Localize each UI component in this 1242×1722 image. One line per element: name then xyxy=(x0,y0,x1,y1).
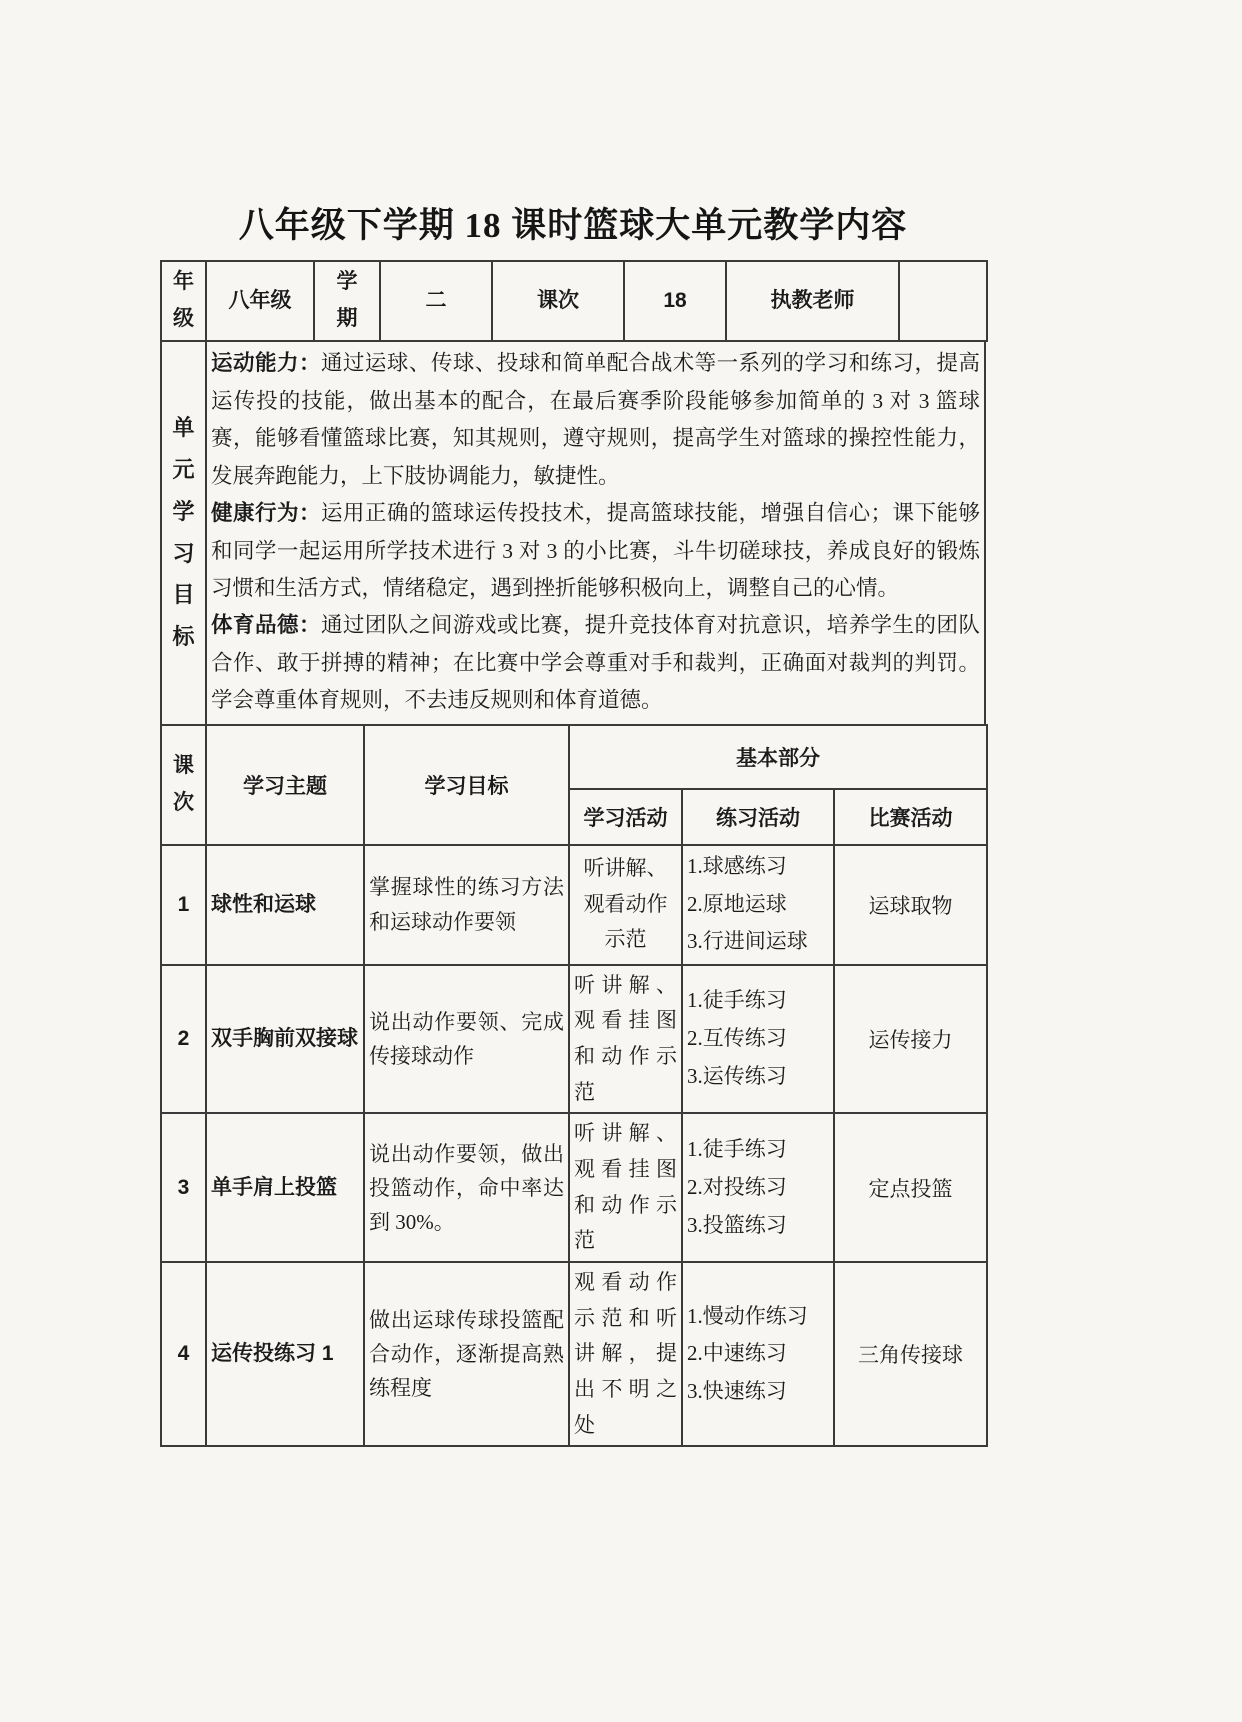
teacher-value xyxy=(899,261,987,341)
row1-practice-item-1: 1.球感练习 xyxy=(687,848,829,886)
unit-goals-side-label: 单元学习目标 xyxy=(171,407,195,658)
lesson-count-label: 课次 xyxy=(492,261,624,341)
goal-text-health-behavior: 运用正确的篮球运传投技术，提高篮球技能，增强自信心；课下能够和同学一起运用所学技… xyxy=(211,501,980,600)
row1-learn: 听讲解、观看动作示范 xyxy=(569,845,682,965)
schedule-table: 课次 学习主题 学习目标 基本部分 学习活动 练习活动 比赛活动 1 球性和运球… xyxy=(160,724,988,1448)
grade-label-text: 年级 xyxy=(172,264,195,338)
row3-topic: 单手肩上投篮 xyxy=(206,1113,364,1262)
row2-learn: 听讲解、观看挂图和动作示范 xyxy=(569,965,682,1114)
row3-practice-item-3: 3.投篮练习 xyxy=(687,1207,829,1245)
row1-topic: 球性和运球 xyxy=(206,845,364,965)
header-lesson-text: 课次 xyxy=(172,748,195,822)
row1-game: 运球取物 xyxy=(834,845,987,965)
page-title: 八年级下学期 18 课时篮球大单元教学内容 xyxy=(160,198,986,248)
goal-label-sport-ability: 运动能力： xyxy=(211,351,321,375)
row3-game: 定点投篮 xyxy=(834,1113,987,1262)
goal-paragraph-health-behavior: 健康行为：运用正确的篮球运传投技术，提高篮球技能，增强自信心；课下能够和同学一起… xyxy=(211,495,980,607)
row3-practice: 1.徒手练习 2.对投练习 3.投篮练习 xyxy=(682,1113,834,1262)
header-game-activity: 比赛活动 xyxy=(834,789,987,845)
info-row: 年级 八年级 学期 二 课次 18 执教老师 xyxy=(161,261,987,341)
unit-goals-side-cell: 单元学习目标 xyxy=(161,341,206,725)
goal-label-sports-morality: 体育品德： xyxy=(211,613,321,637)
row3-learn: 听讲解、观看挂图和动作示范 xyxy=(569,1113,682,1262)
goal-text-sports-morality: 通过团队之间游戏或比赛，提升竞技体育对抗意识，培养学生的团队合作、敢于拼搏的精神… xyxy=(211,613,980,712)
row4-practice-item-2: 2.中速练习 xyxy=(687,1335,829,1373)
row4-learn: 观看动作示范和听讲解，提出不明之处 xyxy=(569,1262,682,1446)
row2-practice-item-1: 1.徒手练习 xyxy=(687,982,829,1020)
row3-practice-item-2: 2.对投练习 xyxy=(687,1169,829,1207)
info-table: 年级 八年级 学期 二 课次 18 执教老师 xyxy=(160,260,988,342)
schedule-row-4: 4 运传投练习 1 做出运球传球投篮配合动作，逐渐提高熟练程度 观看动作示范和听… xyxy=(161,1262,987,1446)
schedule-row-3: 3 单手肩上投篮 说出动作要领，做出投篮动作，命中率达到 30%。 听讲解、观看… xyxy=(161,1113,987,1262)
row2-practice-item-3: 3.运传练习 xyxy=(687,1058,829,1096)
row2-game: 运传接力 xyxy=(834,965,987,1114)
row1-goal: 掌握球性的练习方法和运球动作要领 xyxy=(364,845,569,965)
row2-goal: 说出动作要领、完成传接球动作 xyxy=(364,965,569,1114)
row4-practice-item-3: 3.快速练习 xyxy=(687,1373,829,1411)
goal-text-sport-ability: 通过运球、传球、投球和简单配合战术等一系列的学习和练习，提高运传投的技能，做出基… xyxy=(211,351,980,487)
row1-num: 1 xyxy=(161,845,206,965)
row4-goal: 做出运球传球投篮配合动作，逐渐提高熟练程度 xyxy=(364,1262,569,1446)
row2-topic: 双手胸前双接球 xyxy=(206,965,364,1114)
header-goal: 学习目标 xyxy=(364,725,569,845)
row4-game: 三角传接球 xyxy=(834,1262,987,1446)
row4-practice: 1.慢动作练习 2.中速练习 3.快速练习 xyxy=(682,1262,834,1446)
semester-value: 二 xyxy=(380,261,492,341)
unit-goals-content: 运动能力：通过运球、传球、投球和简单配合战术等一系列的学习和练习，提高运传投的技… xyxy=(206,341,985,725)
header-topic: 学习主题 xyxy=(206,725,364,845)
row3-practice-item-1: 1.徒手练习 xyxy=(687,1131,829,1169)
row1-practice-item-3: 3.行进间运球 xyxy=(687,923,829,961)
lesson-count-value: 18 xyxy=(624,261,726,341)
semester-label-text: 学期 xyxy=(335,264,358,338)
document-page: 八年级下学期 18 课时篮球大单元教学内容 年级 八年级 学期 二 课次 18 … xyxy=(0,0,1242,1722)
row2-practice-item-2: 2.互传练习 xyxy=(687,1020,829,1058)
row2-num: 2 xyxy=(161,965,206,1114)
header-basic-part: 基本部分 xyxy=(569,725,987,789)
header-learn-activity: 学习活动 xyxy=(569,789,682,845)
row4-num: 4 xyxy=(161,1262,206,1446)
schedule-row-1: 1 球性和运球 掌握球性的练习方法和运球动作要领 听讲解、观看动作示范 1.球感… xyxy=(161,845,987,965)
row4-practice-item-1: 1.慢动作练习 xyxy=(687,1298,829,1336)
grade-value: 八年级 xyxy=(206,261,314,341)
row3-goal: 说出动作要领，做出投篮动作，命中率达到 30%。 xyxy=(364,1113,569,1262)
header-lesson: 课次 xyxy=(161,725,206,845)
row3-num: 3 xyxy=(161,1113,206,1262)
header-practice-activity: 练习活动 xyxy=(682,789,834,845)
unit-goals-table: 单元学习目标 运动能力：通过运球、传球、投球和简单配合战术等一系列的学习和练习，… xyxy=(160,340,986,726)
unit-goals-row: 单元学习目标 运动能力：通过运球、传球、投球和简单配合战术等一系列的学习和练习，… xyxy=(161,341,985,725)
grade-label: 年级 xyxy=(161,261,206,341)
teacher-label: 执教老师 xyxy=(726,261,899,341)
goal-paragraph-sports-morality: 体育品德：通过团队之间游戏或比赛，提升竞技体育对抗意识，培养学生的团队合作、敢于… xyxy=(211,607,980,719)
goal-paragraph-sport-ability: 运动能力：通过运球、传球、投球和简单配合战术等一系列的学习和练习，提高运传投的技… xyxy=(211,345,980,495)
semester-label: 学期 xyxy=(314,261,380,341)
goal-label-health-behavior: 健康行为： xyxy=(211,501,321,525)
schedule-header-row-1: 课次 学习主题 学习目标 基本部分 xyxy=(161,725,987,789)
lesson-plan-document: 八年级下学期 18 课时篮球大单元教学内容 年级 八年级 学期 二 课次 18 … xyxy=(160,198,986,1447)
row1-practice-item-2: 2.原地运球 xyxy=(687,886,829,924)
row2-practice: 1.徒手练习 2.互传练习 3.运传练习 xyxy=(682,965,834,1114)
row4-topic: 运传投练习 1 xyxy=(206,1262,364,1446)
schedule-row-2: 2 双手胸前双接球 说出动作要领、完成传接球动作 听讲解、观看挂图和动作示范 1… xyxy=(161,965,987,1114)
row1-practice: 1.球感练习 2.原地运球 3.行进间运球 xyxy=(682,845,834,965)
